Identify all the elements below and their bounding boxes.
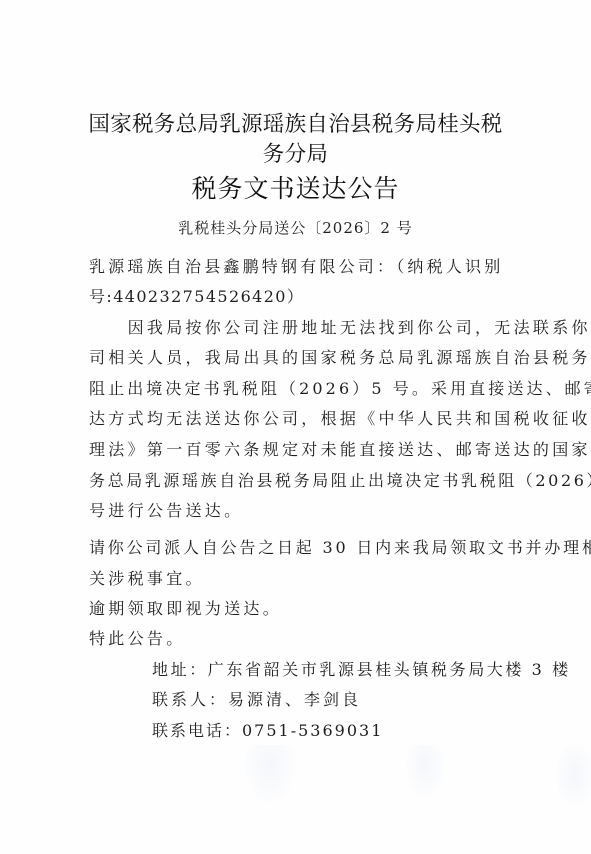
body-paragraph2-line: 关涉税事宜。	[89, 564, 514, 594]
body-paragraph1-line: 理法》第一百零六条规定对未能直接送达、邮寄送达的国家税	[89, 435, 514, 465]
issuing-authority-title-line2: 务分局	[70, 140, 521, 170]
contact-phone: 联系电话：0751-5369031	[152, 716, 383, 746]
body-paragraph1-line: 因我局按你公司注册地址无法找到你公司，无法联系你公	[89, 313, 514, 343]
recipient-line-1: 乳源瑶族自治县鑫鹏特钢有限公司：（纳税人识别	[89, 252, 514, 282]
body-paragraph1-line: 务总局乳源瑶族自治县税务局阻止出境决定书乳税阻（2026）5	[89, 466, 514, 496]
scan-artifact	[0, 745, 591, 854]
body-paragraph1-line: 阻止出境决定书乳税阻（2026）5 号。采用直接送达、邮寄送	[89, 374, 514, 404]
body-paragraph2-line: 请你公司派人自公告之日起 30 日内来我局领取文书并办理相	[89, 533, 514, 563]
document-title: 税务文书送达公告	[0, 172, 591, 206]
body-paragraph3: 逾期领取即视为送达。	[89, 594, 514, 624]
body-paragraph1-line: 号进行公告送达。	[89, 496, 514, 526]
contact-address: 地址：广东省韶关市乳源县桂头镇税务局大楼 3 楼	[152, 655, 571, 685]
recipient-line-2: 号:440232754526420）	[89, 282, 514, 312]
document-page: 国家税务总局乳源瑶族自治县税务局桂头税 务分局 税务文书送达公告 乳税桂头分局送…	[0, 0, 591, 854]
body-closing: 特此公告。	[89, 624, 514, 654]
body-paragraph1-line: 司相关人员，我局出具的国家税务总局乳源瑶族自治县税务局	[89, 343, 514, 373]
contact-persons: 联系人：易源清、李剑良	[152, 685, 361, 715]
body-paragraph1-line: 达方式均无法送达你公司，根据《中华人民共和国税收征收管	[89, 404, 514, 434]
document-number: 乳税桂头分局送公〔2026〕2 号	[0, 217, 591, 239]
issuing-authority-title-line1: 国家税务总局乳源瑶族自治县税务局桂头税	[70, 110, 521, 140]
